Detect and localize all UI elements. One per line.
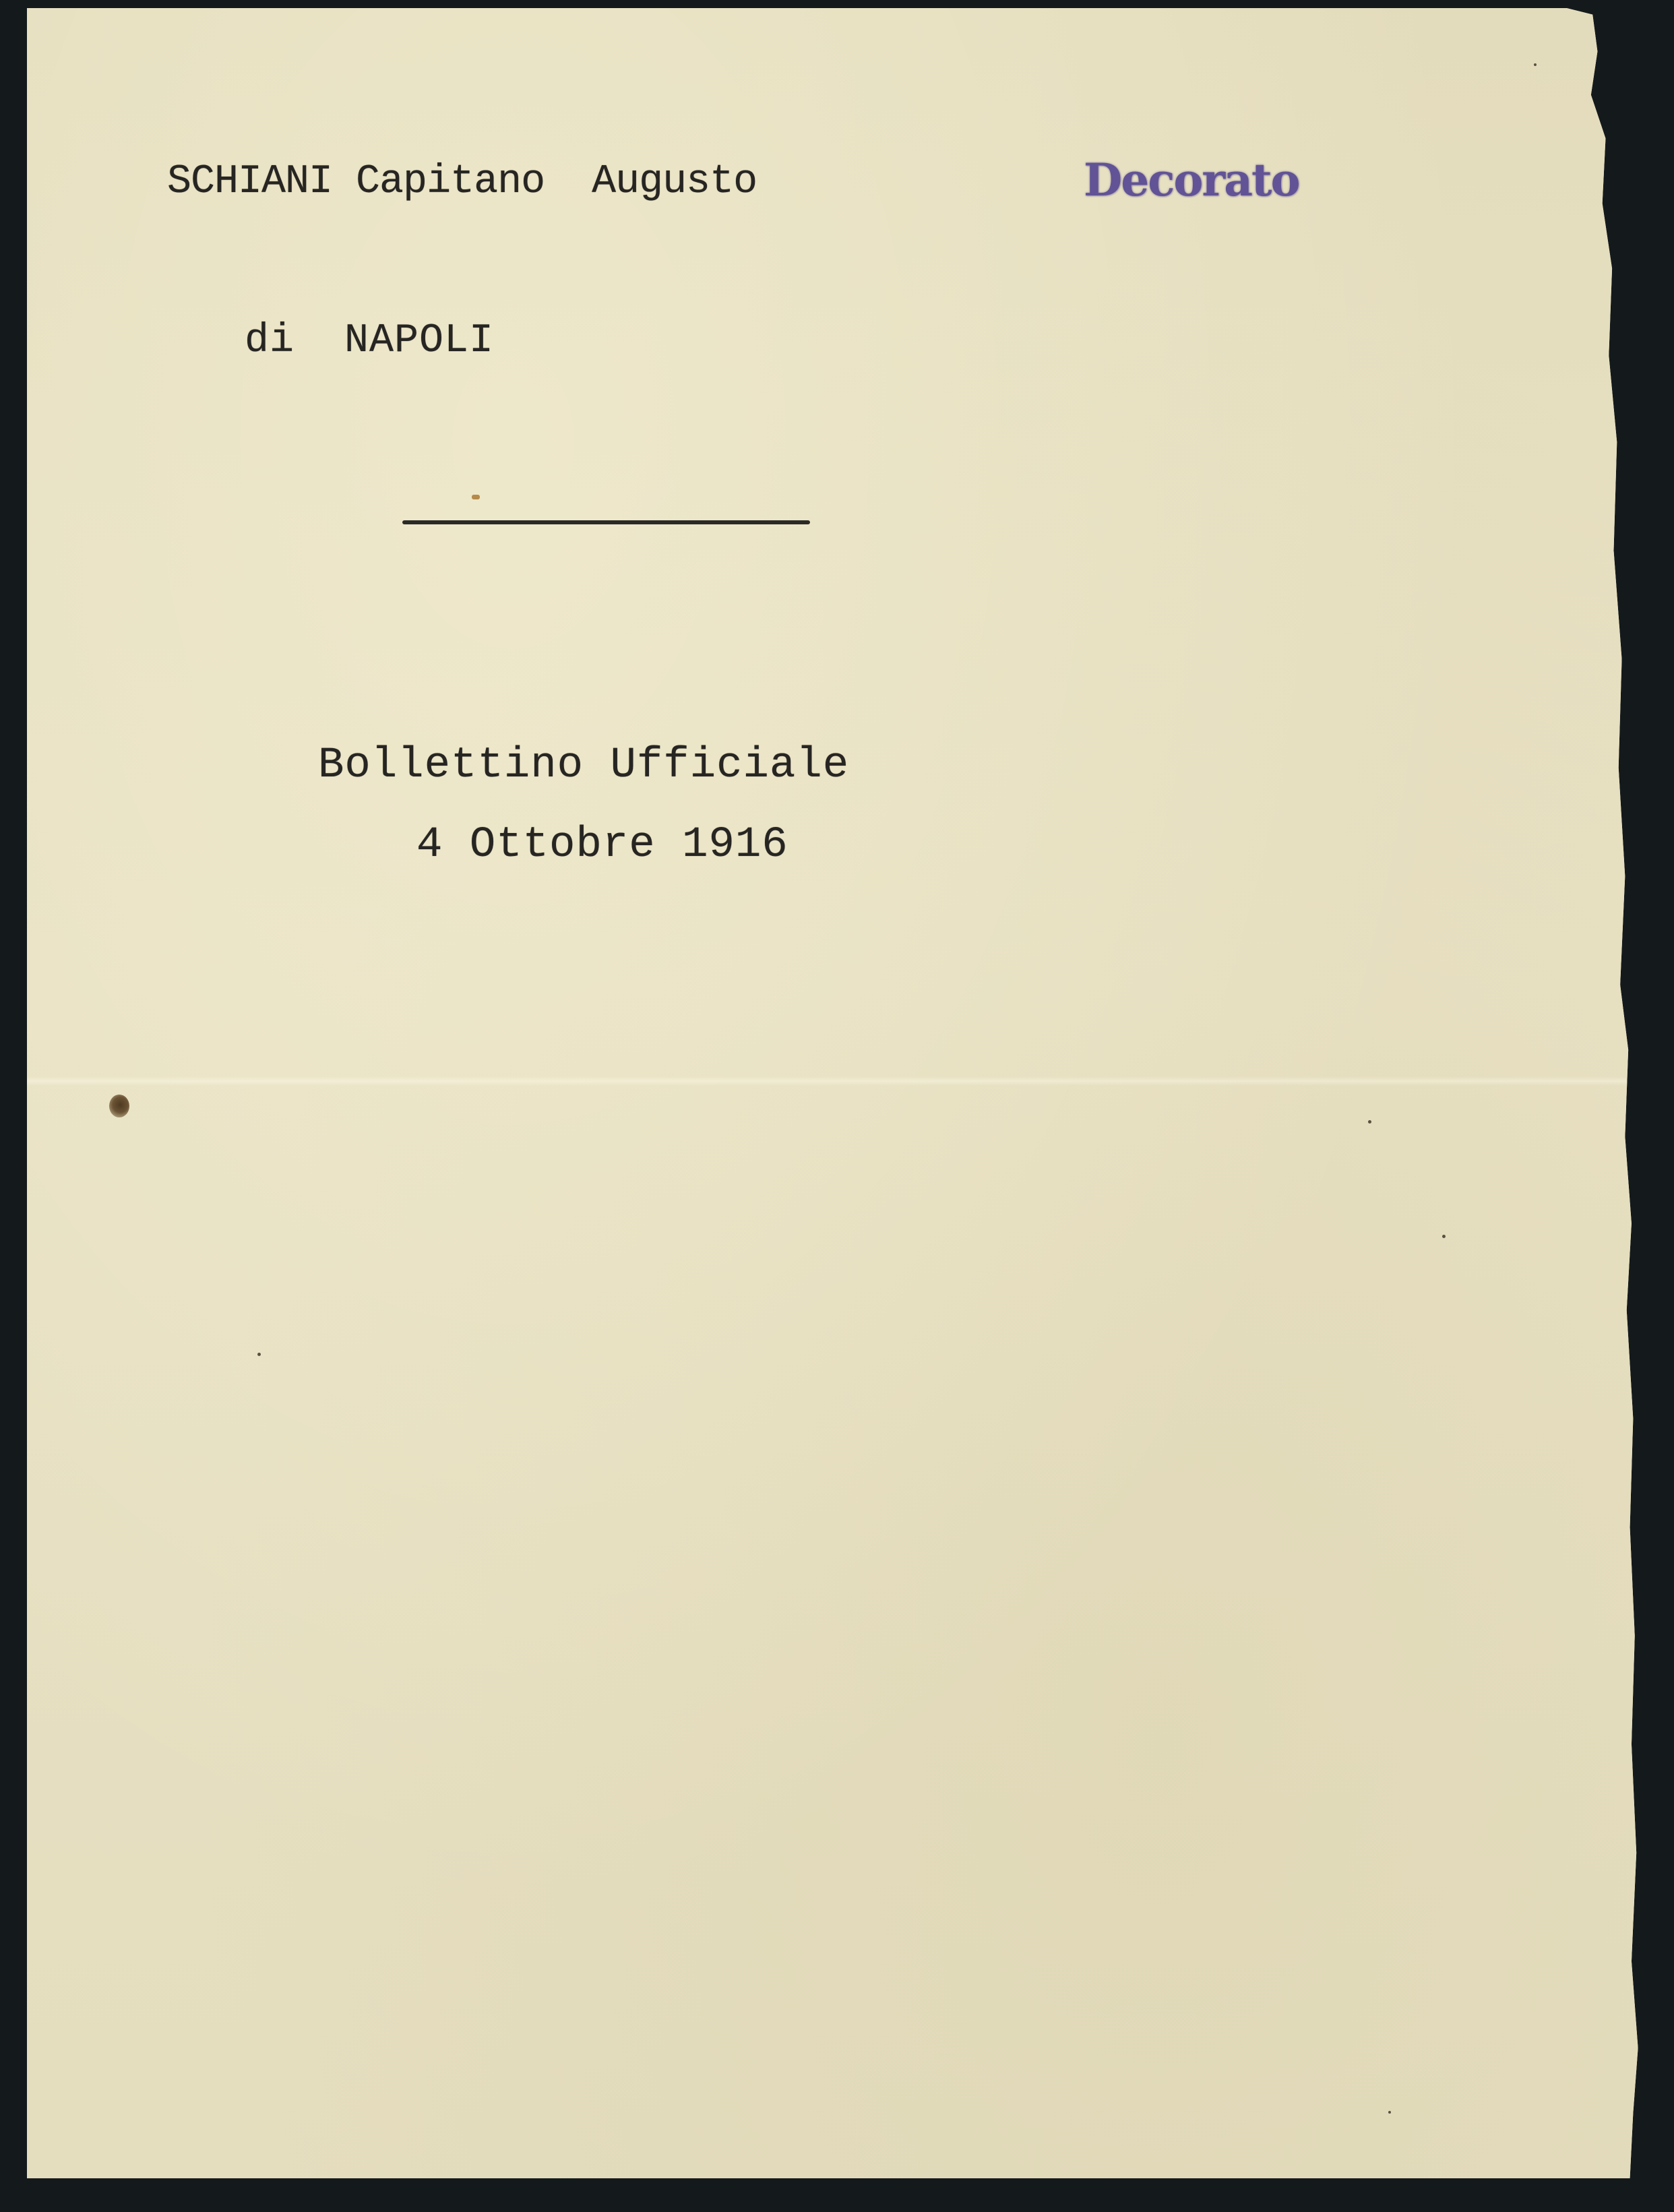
fold-crease xyxy=(27,1076,1648,1086)
document-sheet: SCHIANI Capitano Augusto Decorato di NAP… xyxy=(27,8,1648,2178)
decorated-stamp: Decorato xyxy=(1084,158,1299,202)
paper-speck xyxy=(472,495,480,499)
name-rank-line: SCHIANI Capitano Augusto xyxy=(167,162,757,202)
city-line: di NAPOLI xyxy=(245,321,494,361)
paper-speck xyxy=(257,1353,261,1356)
paper-speck xyxy=(1534,63,1537,66)
bulletin-title: Bollettino Ufficiale xyxy=(318,744,849,787)
paper-speck xyxy=(1368,1120,1371,1124)
ink-stain xyxy=(109,1095,129,1117)
bulletin-date: 4 Ottobre 1916 xyxy=(416,824,788,867)
paper-speck xyxy=(1442,1235,1446,1238)
separator-rule xyxy=(402,520,810,524)
paper-speck xyxy=(1388,2111,1391,2114)
